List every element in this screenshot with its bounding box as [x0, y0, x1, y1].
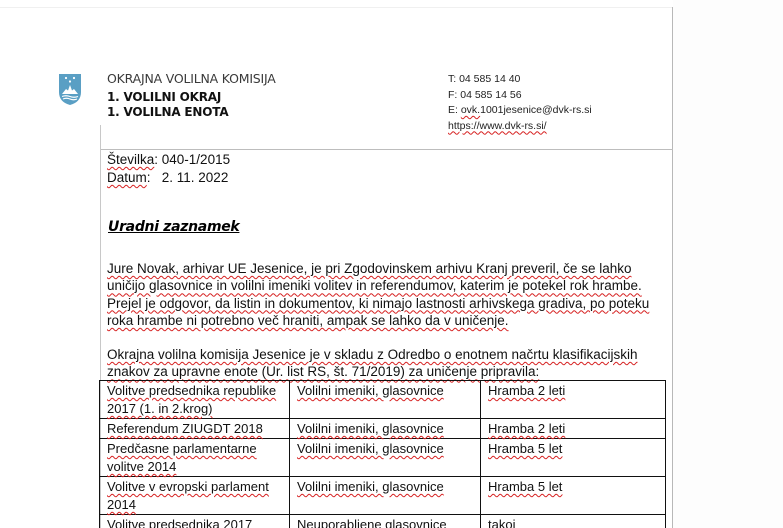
table-cell-election: Volitve predsednika 2017 [107, 517, 252, 528]
date-value: : 2. 11. 2022 [147, 170, 229, 185]
retention-table: Volitve predsednika republike 2017 (1. i… [99, 380, 666, 528]
table-cell-materials: Volilni imeniki, glasovnice [297, 383, 444, 398]
table-cell-materials: Volilni imeniki, glasovnice [297, 421, 444, 436]
table-row: Predčasne parlamentarne volitve 2014 Vol… [100, 439, 666, 477]
slovenia-coat-of-arms-icon [57, 72, 83, 106]
table-row: Volitve v evropski parlament 2014 Voliln… [100, 477, 666, 515]
table-row: Volitve predsednika 2017 Neuporabljene g… [100, 515, 666, 528]
table-cell-election: Referendum ZIUGDT 2018 [107, 421, 263, 436]
table-cell-election: Predčasne parlamentarne volitve 2014 [107, 441, 257, 474]
organization-header: OKRAJNA VOLILNA KOMISIJA 1. VOLILNI OKRA… [107, 71, 276, 120]
table-cell-materials: Volilni imeniki, glasovnice [297, 441, 444, 456]
email-address[interactable]: E: ovk.1001jesenice@dvk-rs.si [448, 103, 592, 119]
header-margin-line [100, 149, 673, 150]
date-label: Datum [107, 170, 147, 185]
table-row: Volitve predsednika republike 2017 (1. i… [100, 381, 666, 419]
website-url[interactable]: https://www.dvk-rs.si/ [448, 120, 547, 132]
electoral-district: 1. VOLILNI OKRAJ [107, 90, 276, 105]
outside-page-area [673, 0, 783, 528]
email-user: ovk. [461, 104, 480, 116]
table-cell-retention: Hramba 5 let [488, 441, 562, 456]
contact-block: T: 04 585 14 40 F: 04 585 14 56 E: ovk.1… [448, 72, 592, 134]
page-edge-top [0, 7, 673, 8]
email-domain: 1001jesenice@dvk-rs.si [480, 104, 592, 116]
electoral-unit: 1. VOLILNA ENOTA [107, 105, 276, 120]
document-number: Številka: 040-1/2015 [107, 151, 230, 169]
email-prefix: E: [448, 104, 461, 116]
table-cell-election: Volitve predsednika republike 2017 (1. i… [107, 383, 276, 416]
table-row: Referendum ZIUGDT 2018 Volilni imeniki, … [100, 419, 666, 439]
paragraph-destruction-prep: Okrajna volilna komisija Jesenice je v s… [107, 346, 673, 381]
table-cell-retention: Hramba 2 leti [488, 383, 565, 398]
number-value: : 040-1/2015 [154, 152, 230, 167]
website-link[interactable]: https://www.dvk-rs.si/ [448, 119, 592, 135]
fax-number: F: 04 585 14 56 [448, 88, 592, 104]
document-heading: Uradni zaznamek [108, 219, 239, 235]
phone-number: T: 04 585 14 40 [448, 72, 592, 88]
table-cell-retention: Hramba 5 let [488, 479, 562, 494]
table-cell-materials: Neuporabljene glasovnice [297, 517, 447, 528]
number-label: Številka [107, 152, 154, 167]
organization-name: OKRAJNA VOLILNA KOMISIJA [107, 71, 276, 86]
table-cell-election: Volitve v evropski parlament 2014 [107, 479, 269, 512]
document-meta: Številka: 040-1/2015 Datum: 2. 11. 2022 [107, 151, 230, 187]
table-cell-retention: Hramba 2 leti [488, 421, 565, 436]
paragraph-archive-check: Jure Novak, arhivar UE Jesenice, je pri … [107, 260, 673, 329]
table-cell-materials: Volilni imeniki, glasovnice [297, 479, 444, 494]
table-cell-retention: takoj [488, 517, 515, 528]
document-date: Datum: 2. 11. 2022 [107, 169, 230, 187]
